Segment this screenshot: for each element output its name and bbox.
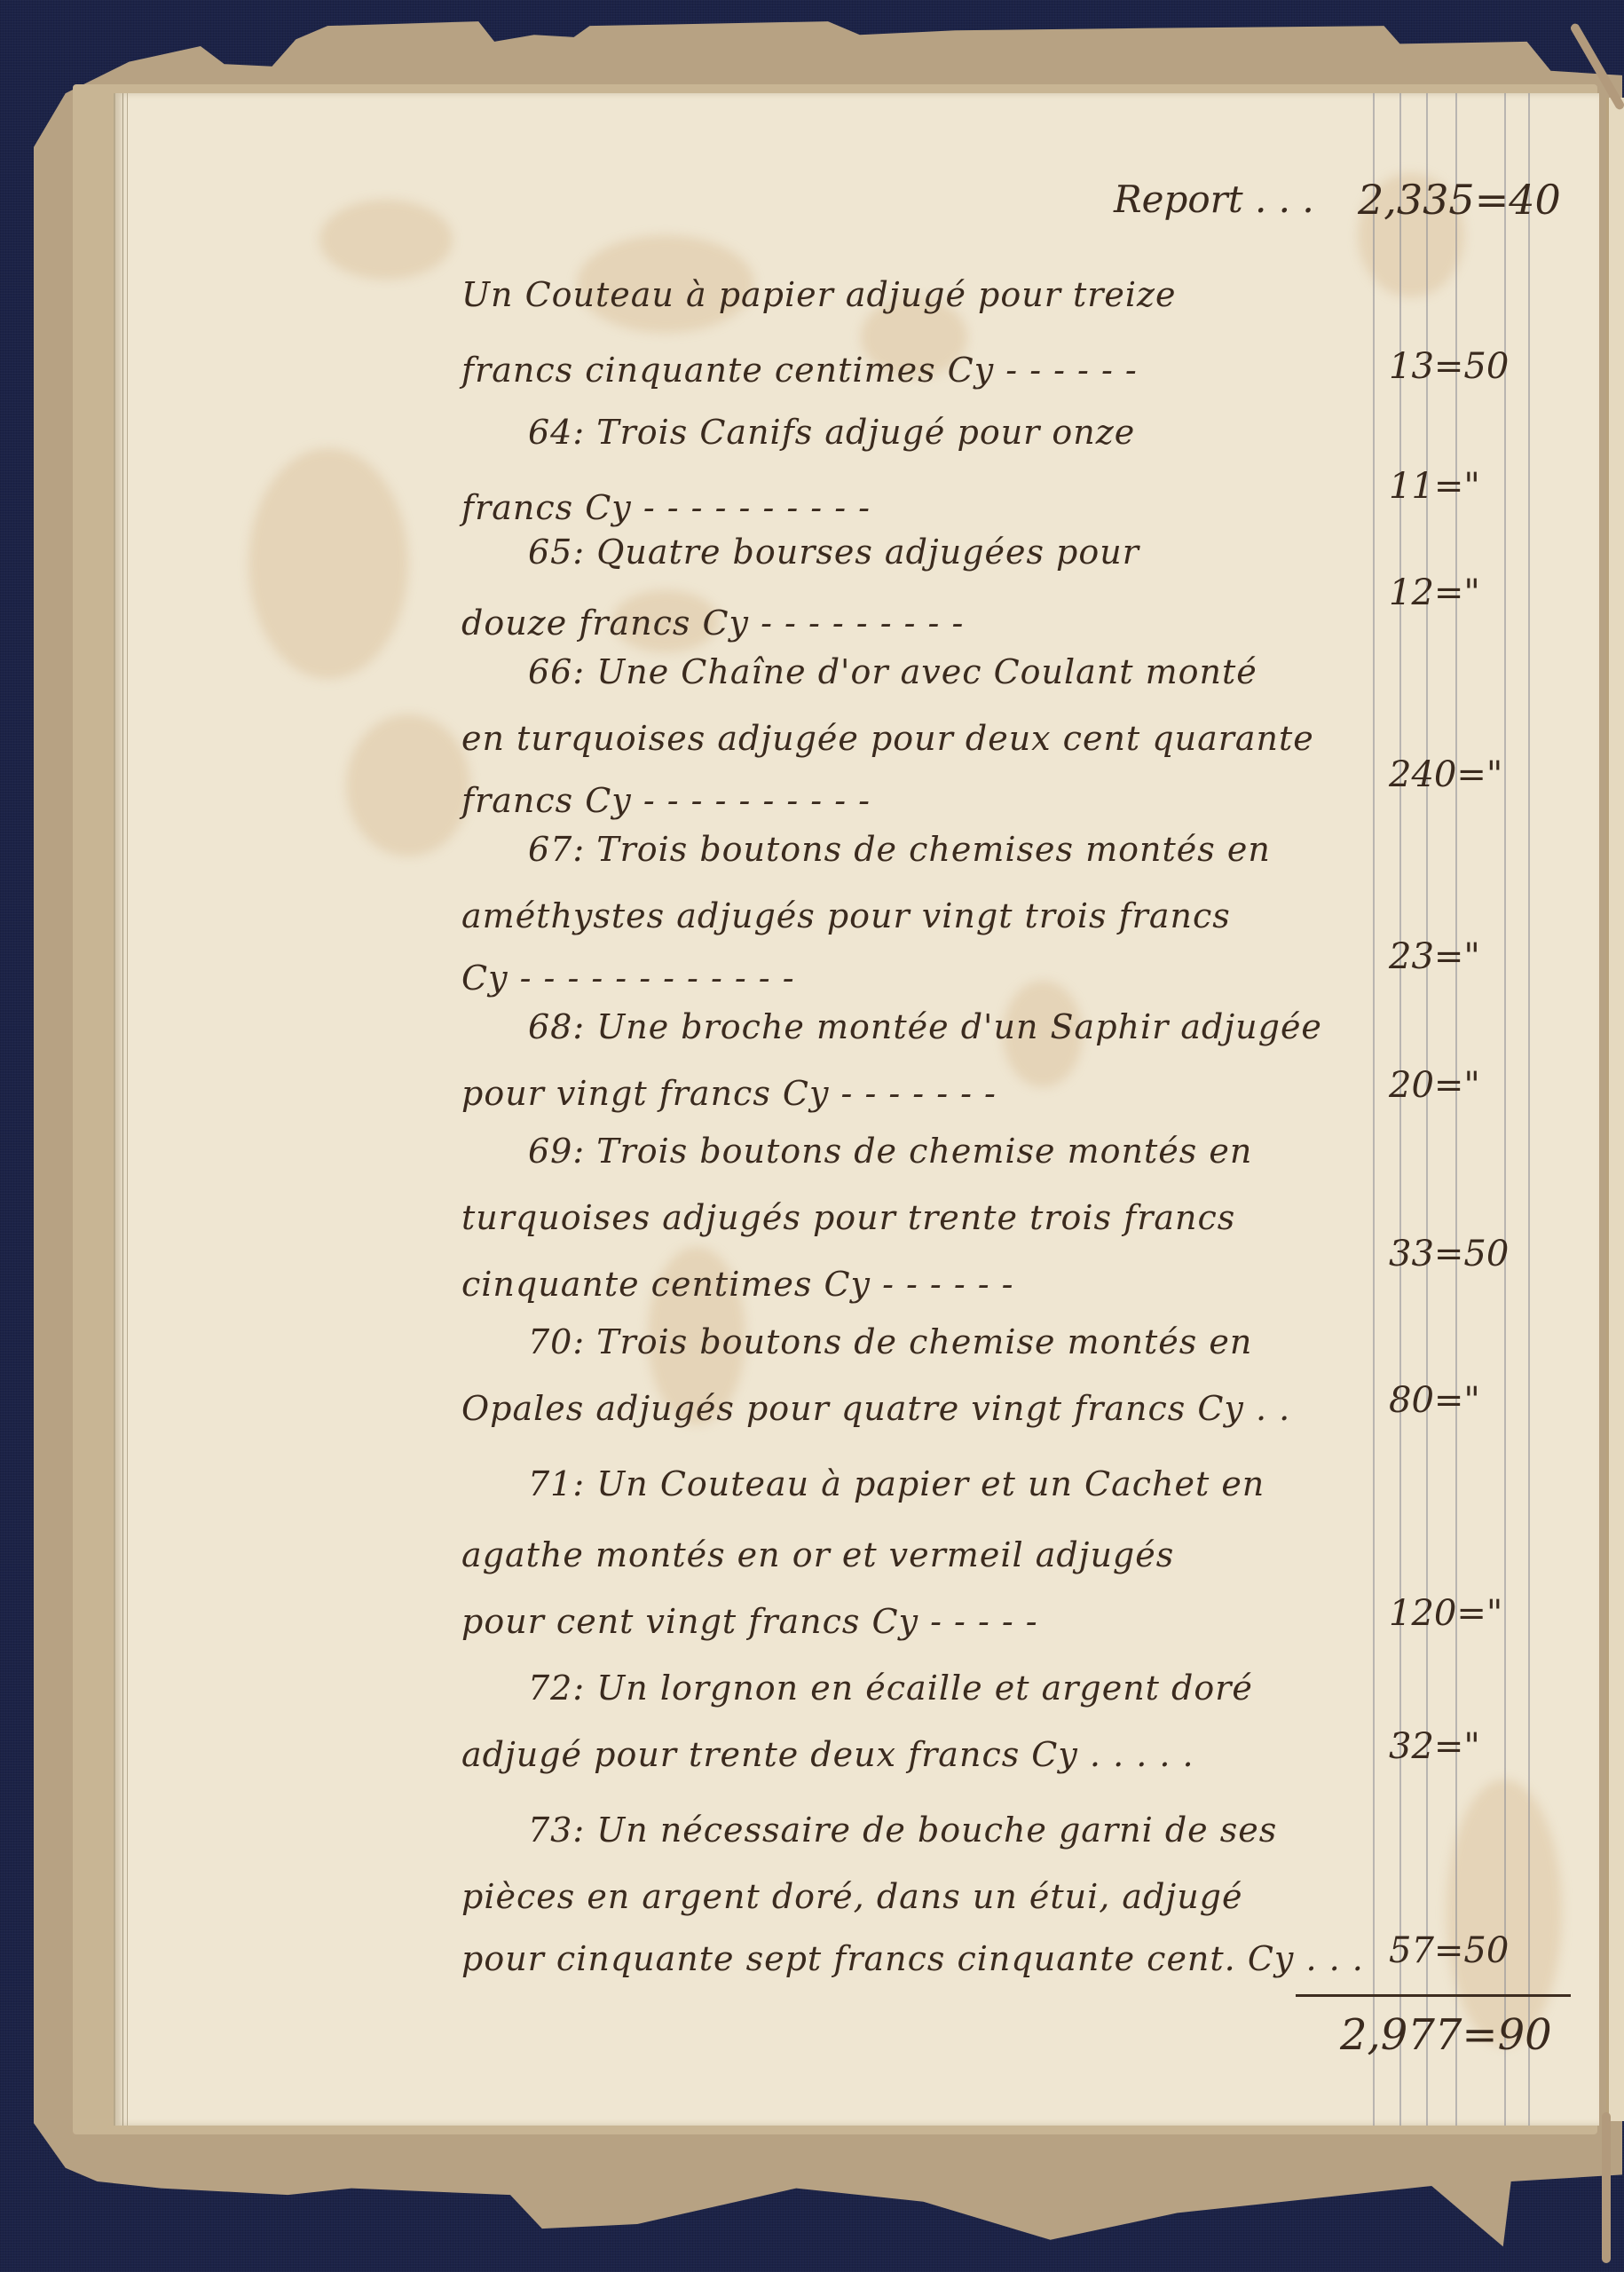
entry-line: 66: Une Chaîne d'or avec Coulant monté [528, 652, 1257, 691]
pencil-column-rule [1528, 93, 1530, 2126]
pencil-column-rule [1399, 93, 1401, 2126]
entry-line: en turquoises adjugée pour deux cent qua… [461, 719, 1314, 758]
entry-line: Opales adjugés pour quatre vingt francs … [461, 1389, 1290, 1428]
pencil-column-rule [1504, 93, 1506, 2126]
entry-amount: 80=" [1389, 1380, 1480, 1421]
page-total: 2,977=90 [1340, 2010, 1552, 2060]
entry-line: cinquante centimes Cy - - - - - - [461, 1265, 1014, 1304]
entry-line: pour cent vingt francs Cy - - - - - [461, 1602, 1038, 1641]
entry-line: 70: Trois boutons de chemise montés en [528, 1322, 1252, 1361]
entry-amount: 33=50 [1389, 1234, 1509, 1274]
entry-line: pour vingt francs Cy - - - - - - - [461, 1074, 997, 1113]
entry-amount: 20=" [1389, 1065, 1480, 1106]
entry-line: 69: Trois boutons de chemise montés en [528, 1132, 1252, 1171]
entry-amount: 57=50 [1389, 1930, 1509, 1971]
binding-string-bottom [1602, 2112, 1611, 2263]
entry-line: 73: Un nécessaire de bouche garni de ses [528, 1810, 1277, 1850]
entry-line: 68: Une broche montée d'un Saphir adjugé… [528, 1007, 1322, 1046]
entry-line: Un Couteau à papier adjugé pour treize [461, 275, 1177, 314]
entry-line: 65: Quatre bourses adjugées pour [528, 532, 1139, 572]
pencil-column-rule [1373, 93, 1375, 2126]
entry-amount: 11=" [1389, 466, 1480, 507]
entry-amount: 240=" [1389, 754, 1502, 795]
entry-line: 67: Trois boutons de chemises montés en [528, 830, 1271, 869]
adjacent-page-edge [1606, 98, 1624, 2121]
pencil-column-rule [1455, 93, 1457, 2126]
entry-line: francs Cy - - - - - - - - - - [461, 781, 871, 820]
entry-line: 72: Un lorgnon en écaille et argent doré [528, 1668, 1253, 1708]
carried-forward-amount: 2,335=40 [1358, 176, 1561, 224]
entry-line: 64: Trois Canifs adjugé pour onze [528, 413, 1135, 452]
entry-line: agathe montés en or et vermeil adjugés [461, 1535, 1174, 1574]
entry-amount: 120=" [1389, 1593, 1502, 1634]
entry-line: 71: Un Couteau à papier et un Cachet en [528, 1464, 1265, 1503]
pencil-column-rule [1426, 93, 1428, 2126]
entry-line: turquoises adjugés pour trente trois fra… [461, 1198, 1235, 1237]
entry-line: douze francs Cy - - - - - - - - - [461, 603, 964, 643]
carried-forward-label: Report . . . [1114, 177, 1314, 221]
entry-amount: 12=" [1389, 572, 1480, 613]
entry-line: pour cinquante sept francs cinquante cen… [461, 1939, 1364, 1978]
entry-amount: 32=" [1389, 1726, 1480, 1767]
entry-line: pièces en argent doré, dans un étui, adj… [461, 1877, 1242, 1916]
entry-amount: 13=50 [1389, 346, 1509, 387]
entry-line: francs cinquante centimes Cy - - - - - - [461, 351, 1138, 390]
entry-line: francs Cy - - - - - - - - - - [461, 488, 871, 527]
entry-line: améthystes adjugés pour vingt trois fran… [461, 896, 1231, 935]
total-underline [1296, 1994, 1571, 1997]
entry-line: adjugé pour trente deux francs Cy . . . … [461, 1735, 1194, 1774]
entry-amount: 23=" [1389, 936, 1480, 977]
entry-line: Cy - - - - - - - - - - - - [461, 958, 795, 998]
